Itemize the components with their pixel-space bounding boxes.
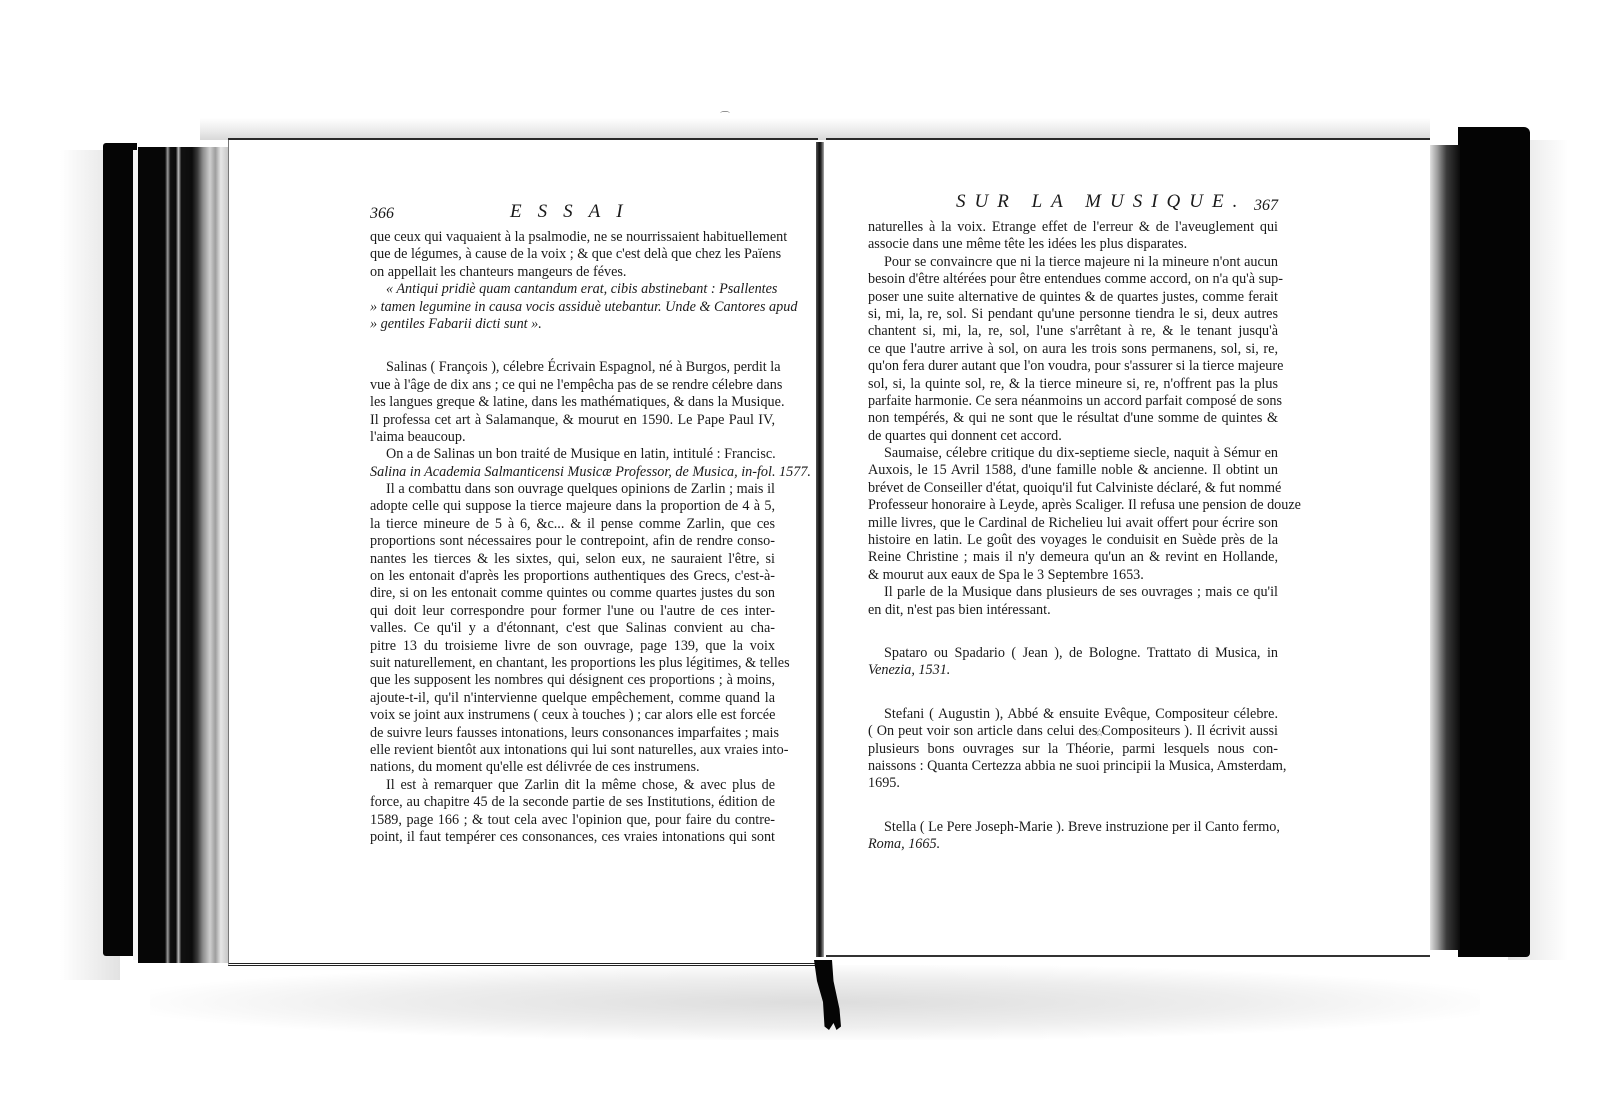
text-line: si, mi, la, re, sol. Si pendant qu'une p… bbox=[868, 306, 1278, 323]
text-line: chantent si, mi, la, re, sol, l'une s'ar… bbox=[868, 323, 1278, 340]
text-line: l'aima beaucoup. bbox=[370, 429, 775, 446]
text-line: qu'on fera durer autant que l'on voudra,… bbox=[868, 358, 1278, 375]
text-line: on appellait les chanteurs mangeurs de f… bbox=[370, 264, 775, 281]
text-line: vue à l'âge de dix ans ; ce qui ne l'emp… bbox=[370, 377, 775, 394]
text-line: que ceux qui vaquaient à la psalmodie, n… bbox=[370, 229, 775, 246]
text-line: elle revient bientôt aux intonations qui… bbox=[370, 742, 775, 759]
entry-saumaise-start: Saumaise, célebre critique du dix-septie… bbox=[868, 445, 1278, 462]
text-line: 1589, page 166 ; & tout cela avec l'opin… bbox=[370, 812, 775, 829]
text-line: on les entonait d'après les proportions … bbox=[370, 568, 775, 585]
quote-line: » tamen legumine in causa vocis assiduè … bbox=[370, 299, 775, 316]
entry-spataro-start: Spataro ou Spadario ( Jean ), de Bologne… bbox=[868, 645, 1278, 662]
book-gutter bbox=[816, 142, 824, 957]
text-line: que les supposent les nombres qui désign… bbox=[370, 672, 775, 689]
running-title: ESSAI bbox=[510, 203, 639, 220]
text-line: naissons : Quanta Certezza abbia ne suoi… bbox=[868, 758, 1278, 775]
text-line: plusieurs bons ouvrages sur la Théorie, … bbox=[868, 741, 1278, 758]
text-line: besoin d'être altérées pour être entendu… bbox=[868, 271, 1278, 288]
right-page-text: SUR LA MUSIQUE. 367 naturelles à la voix… bbox=[868, 195, 1278, 854]
text-line: Reine Christine ; mais il n'y demeura qu… bbox=[868, 549, 1278, 566]
left-page-top-edge bbox=[228, 138, 818, 140]
book-bottom-shadow bbox=[150, 965, 1480, 1040]
text-line: Il est à remarquer que Zarlin dit la mêm… bbox=[370, 777, 775, 794]
text-line: & mourut aux eaux de Spa le 3 Septembre … bbox=[868, 567, 1278, 584]
text-line: 1695. bbox=[868, 775, 1278, 792]
text-line: les langues greque & latine, dans les ma… bbox=[370, 394, 775, 411]
quote-line: » gentiles Fabarii dicti sunt ». bbox=[370, 316, 775, 333]
book-top-shadow bbox=[200, 118, 1430, 140]
text-line: proportions sont nécessaires pour le con… bbox=[370, 533, 775, 550]
text-line: que de légumes, à cause de la voix ; & q… bbox=[370, 246, 775, 263]
left-page-header: 366 ESSAI bbox=[370, 205, 775, 227]
right-cover-edge bbox=[1458, 127, 1530, 957]
text-line: en dit, n'est pas bien intéressant. bbox=[868, 602, 1278, 619]
text-line: valles. Ce qu'il y a d'étonnant, c'est q… bbox=[370, 620, 775, 637]
text-line: Roma, 1665. bbox=[868, 836, 1278, 853]
text-line: de quartes qui donnent cet accord. bbox=[868, 428, 1278, 445]
text-line: ( On peut voir son article dans celui de… bbox=[868, 723, 1278, 740]
text-line: la tierce mineure de 5 à 6, &c... & il p… bbox=[370, 516, 775, 533]
entry-stefani-start: Stefani ( Augustin ), Abbé & ensuite Evê… bbox=[868, 706, 1278, 723]
text-line: associe dans une même tête les idées les… bbox=[868, 236, 1278, 253]
text-line: qui doit leur correspondre pour former l… bbox=[370, 603, 775, 620]
text-line: point, il faut tempérer ces consonances,… bbox=[370, 829, 775, 846]
text-line: non tempérés, & qui ne sont que le résul… bbox=[868, 410, 1278, 427]
text-line: naturelles à la voix. Etrange effet de l… bbox=[868, 219, 1278, 236]
text-line: Il a combattu dans son ouvrage quelques … bbox=[370, 481, 775, 498]
text-line: ce que l'autre arrive à sol, on aura les… bbox=[868, 341, 1278, 358]
text-line: ajoute-t-il, qu'il n'intervienne quelque… bbox=[370, 690, 775, 707]
text-line: mille livres, que le Cardinal de Richeli… bbox=[868, 515, 1278, 532]
page-number: 366 bbox=[370, 205, 394, 222]
text-line: brévet de Conseiller d'état, quoiqu'il f… bbox=[868, 480, 1278, 497]
text-line: sol, si, la quinte sol, re, & la tierce … bbox=[868, 376, 1278, 393]
stray-mark: ⌒ bbox=[720, 108, 730, 123]
right-page-header: SUR LA MUSIQUE. 367 bbox=[868, 195, 1278, 217]
text-line: Auxois, le 15 Avril 1588, d'une famille … bbox=[868, 462, 1278, 479]
text-line: parfaite harmonie. Ce sera néanmoins un … bbox=[868, 393, 1278, 410]
entry-salinas-start: Salinas ( François ), célebre Écrivain E… bbox=[370, 359, 775, 376]
text-line: voix se joint aux instrumens ( ceux à to… bbox=[370, 707, 775, 724]
text-line: Pour se convaincre que ni la tierce maje… bbox=[868, 254, 1278, 271]
running-title: SUR LA MUSIQUE. bbox=[956, 193, 1246, 210]
text-line: adopte celle qui suppose la tierce majeu… bbox=[370, 498, 775, 515]
entry-stella-start: Stella ( Le Pere Joseph-Marie ). Breve i… bbox=[868, 819, 1278, 836]
left-cover-edge bbox=[103, 143, 137, 956]
text-line: Il professa cet art à Salamanque, & mour… bbox=[370, 412, 775, 429]
text-line: force, au chapitre 45 de la seconde part… bbox=[370, 794, 775, 811]
left-page-block-edges bbox=[138, 147, 228, 963]
text-line: Salina in Academia Salmanticensi Musicæ … bbox=[370, 464, 775, 481]
right-page-block-edges bbox=[1430, 145, 1460, 950]
text-line: poser une suite alternative de quintes &… bbox=[868, 289, 1278, 306]
text-line: nantes les tierces & les sixtes, qui, se… bbox=[370, 551, 775, 568]
page-number: 367 bbox=[1254, 197, 1278, 214]
text-line: On a de Salinas un bon traité de Musique… bbox=[370, 446, 775, 463]
text-line: dire, si on les entonait comme quintes o… bbox=[370, 585, 775, 602]
text-line: suit naturellement, en chantant, les pro… bbox=[370, 655, 775, 672]
text-line: Il parle de la Musique dans plusieurs de… bbox=[868, 584, 1278, 601]
text-line: Venezia, 1531. bbox=[868, 662, 1278, 679]
left-page-text: 366 ESSAI que ceux qui vaquaient à la ps… bbox=[370, 205, 775, 846]
text-line: de suivre leurs fausses intonations, leu… bbox=[370, 725, 775, 742]
text-line: histoire en latin. Le goût des voyages l… bbox=[868, 532, 1278, 549]
text-line: pitre 13 du troisieme livre de son ouvra… bbox=[370, 638, 775, 655]
quote-line: « Antiqui pridiè quam cantandum erat, ci… bbox=[370, 281, 775, 298]
text-line: Professeur honoraire à Leyde, après Scal… bbox=[868, 497, 1278, 514]
text-line: nations, du moment qu'elle est délivrée … bbox=[370, 759, 775, 776]
